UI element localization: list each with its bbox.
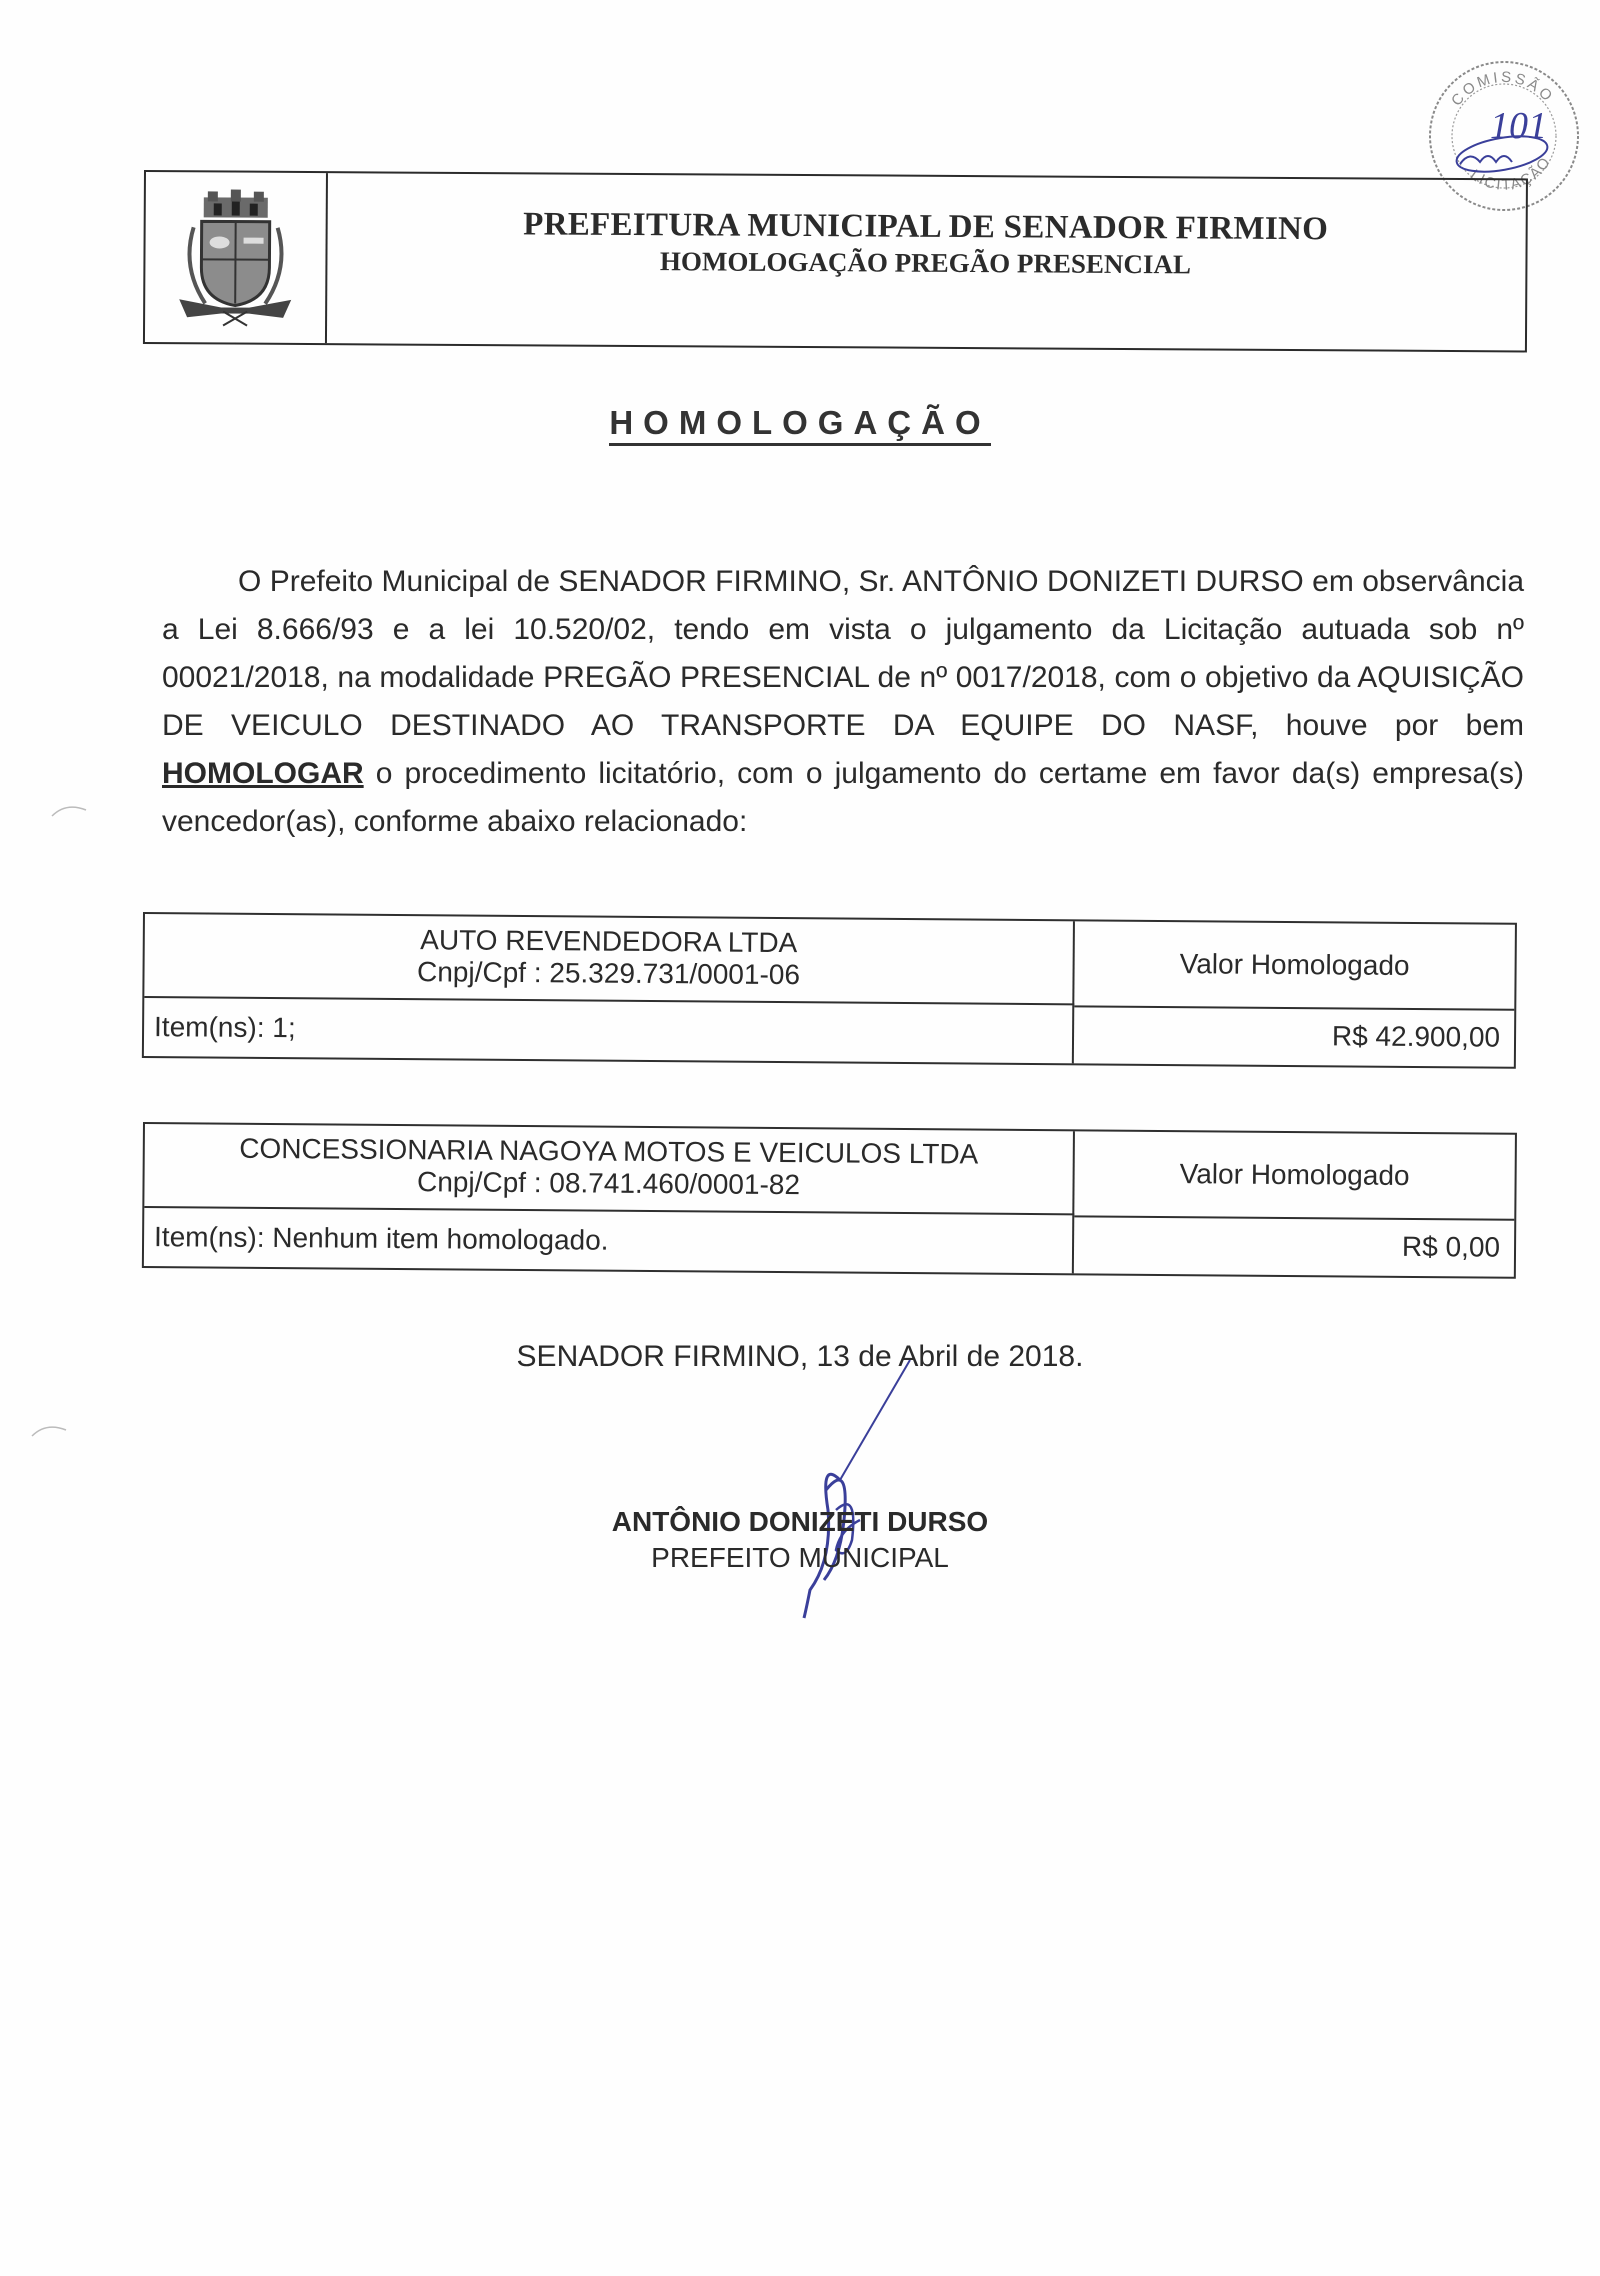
letterhead: PREFEITURA MUNICIPAL DE SENADOR FIRMINO …	[143, 170, 1528, 352]
signer-name: ANTÔNIO DONIZETI DURSO	[0, 1506, 1600, 1538]
vendor-value: R$ 0,00	[1074, 1215, 1514, 1276]
vendor-value: R$ 42.900,00	[1074, 1005, 1514, 1066]
body-text-part1: O Prefeito Municipal de SENADOR FIRMINO,…	[162, 565, 1524, 742]
document-title: HOMOLOGAÇÃO	[0, 404, 1600, 442]
signer-role: PREFEITO MUNICIPAL	[0, 1542, 1600, 1574]
stamp-top-text: COMISSÃO	[1448, 69, 1557, 110]
document-title-text: HOMOLOGAÇÃO	[609, 404, 990, 446]
municipality-title: PREFEITURA MUNICIPAL DE SENADOR FIRMINO	[326, 205, 1526, 249]
logo-cell	[145, 172, 328, 343]
vendor-cnpj: Cnpj/Cpf : 25.329.731/0001-06	[144, 954, 1072, 993]
vendor-table: CONCESSIONARIA NAGOYA MOTOS E VEICULOS L…	[142, 1122, 1517, 1279]
value-label: Valor Homologado	[1074, 1131, 1515, 1220]
vendor-items: Item(ns): Nenhum item homologado.	[144, 1208, 1074, 1273]
document-page: COMISSÃO LICITAÇÃO 101	[0, 0, 1600, 2276]
vendor-identity-cell: CONCESSIONARIA NAGOYA MOTOS E VEICULOS L…	[144, 1124, 1075, 1215]
municipal-coat-of-arms-icon	[165, 187, 306, 328]
body-emphasis-homologar: HOMOLOGAR	[162, 757, 364, 790]
scan-mark-icon	[30, 1420, 70, 1440]
stamp-number: 101	[1490, 105, 1547, 147]
value-label: Valor Homologado	[1074, 921, 1515, 1010]
document-type-subtitle: HOMOLOGAÇÃO PREGÃO PRESENCIAL	[325, 244, 1525, 282]
vendor-items: Item(ns): 1;	[144, 998, 1074, 1063]
scan-mark-icon	[50, 800, 90, 820]
vendor-identity-cell: AUTO REVENDEDORA LTDA Cnpj/Cpf : 25.329.…	[144, 914, 1075, 1005]
letterhead-text: PREFEITURA MUNICIPAL DE SENADOR FIRMINO …	[325, 205, 1525, 282]
vendor-table: AUTO REVENDEDORA LTDA Cnpj/Cpf : 25.329.…	[142, 912, 1517, 1069]
body-paragraph: O Prefeito Municipal de SENADOR FIRMINO,…	[162, 558, 1524, 846]
body-text-part2: o procedimento licitatório, com o julgam…	[162, 757, 1524, 838]
handwritten-signature-icon	[780, 1360, 920, 1620]
svg-text:COMISSÃO: COMISSÃO	[1448, 69, 1557, 110]
